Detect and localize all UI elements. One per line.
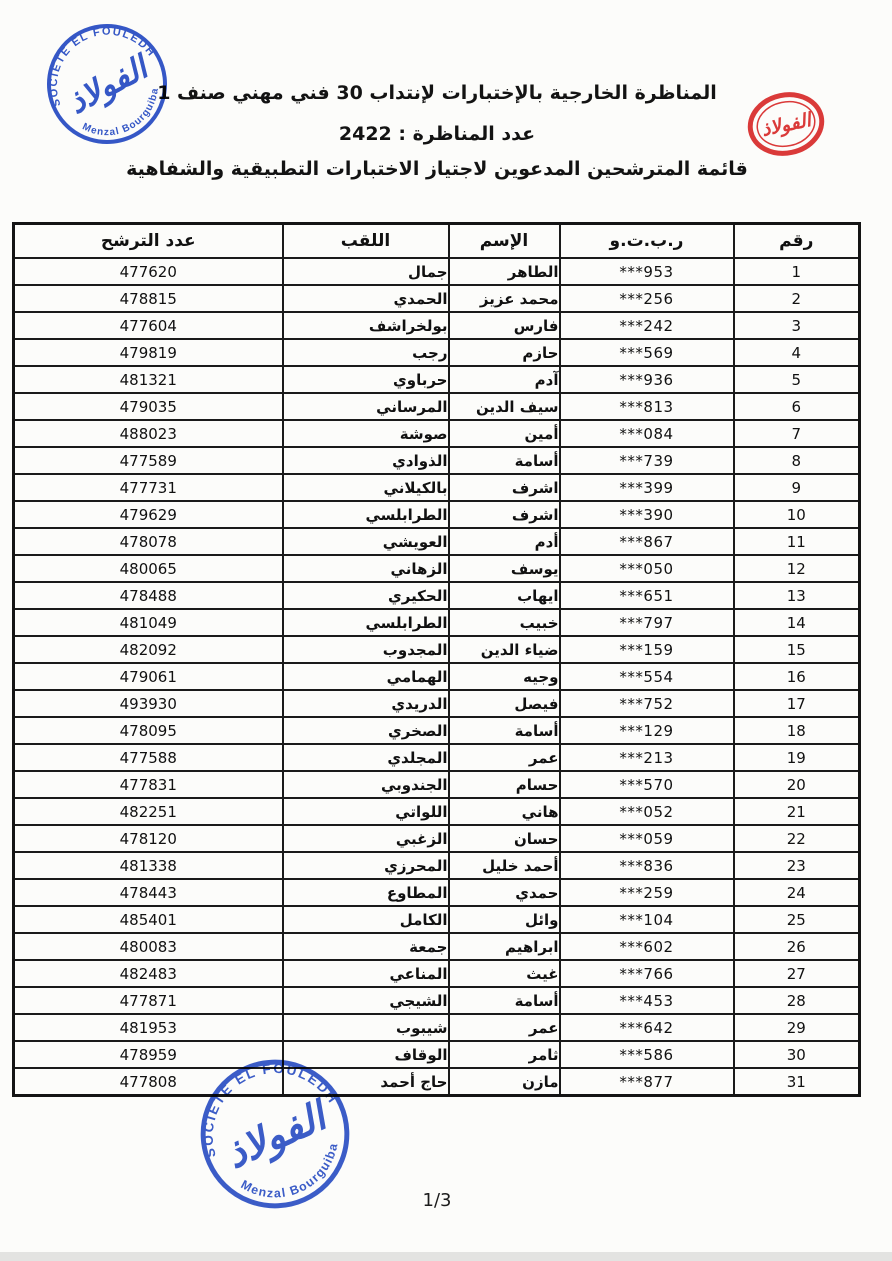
cell-last-name: الطرابلسي (283, 501, 449, 528)
cell-id-masked: ***129 (560, 717, 734, 744)
cell-rank: 11 (734, 528, 860, 555)
cell-candidacy-number: 485401 (14, 906, 283, 933)
table-row: 2***256محمد عزيزالحمدي478815 (14, 285, 860, 312)
cell-rank: 30 (734, 1041, 860, 1068)
table-row: 27***766غيثالمناعي482483 (14, 960, 860, 987)
cell-last-name: المحرزي (283, 852, 449, 879)
table-row: 25***104وائلالكامل485401 (14, 906, 860, 933)
cell-id-masked: ***554 (560, 663, 734, 690)
cell-candidacy-number: 477831 (14, 771, 283, 798)
cell-first-name: حسام (449, 771, 560, 798)
cell-rank: 7 (734, 420, 860, 447)
table-row: 19***213عمرالمجلدي477588 (14, 744, 860, 771)
cell-first-name: فيصل (449, 690, 560, 717)
cell-first-name: أدم (449, 528, 560, 555)
table-row: 3***242فارسبولخراشف477604 (14, 312, 860, 339)
cell-first-name: ابراهيم (449, 933, 560, 960)
table-row: 1***953الطاهرجمال477620 (14, 258, 860, 285)
table-row: 11***867أدمالعويشي478078 (14, 528, 860, 555)
cell-rank: 2 (734, 285, 860, 312)
cell-last-name: الحكيري (283, 582, 449, 609)
cell-candidacy-number: 477588 (14, 744, 283, 771)
cell-id-masked: ***766 (560, 960, 734, 987)
cell-rank: 13 (734, 582, 860, 609)
header-national-id: ر.ب.ت.و (560, 224, 734, 259)
cell-last-name: رجب (283, 339, 449, 366)
cell-rank: 15 (734, 636, 860, 663)
cell-candidacy-number: 482483 (14, 960, 283, 987)
cell-id-masked: ***602 (560, 933, 734, 960)
cell-id-masked: ***259 (560, 879, 734, 906)
cell-candidacy-number: 477871 (14, 987, 283, 1014)
cell-first-name: حسان (449, 825, 560, 852)
cell-first-name: وجيه (449, 663, 560, 690)
company-stamp-blue-top: SOCIETE EL FOULEDH Menzal Bourguiba الفو… (40, 17, 174, 151)
cell-rank: 19 (734, 744, 860, 771)
cell-first-name: مازن (449, 1068, 560, 1096)
cell-id-masked: ***242 (560, 312, 734, 339)
cell-candidacy-number: 478078 (14, 528, 283, 555)
cell-last-name: الزهاني (283, 555, 449, 582)
cell-first-name: آدم (449, 366, 560, 393)
cell-first-name: عمر (449, 1014, 560, 1041)
cell-last-name: جمال (283, 258, 449, 285)
cell-id-masked: ***877 (560, 1068, 734, 1096)
cell-rank: 3 (734, 312, 860, 339)
cell-id-masked: ***836 (560, 852, 734, 879)
cell-candidacy-number: 479035 (14, 393, 283, 420)
cell-rank: 29 (734, 1014, 860, 1041)
cell-rank: 5 (734, 366, 860, 393)
cell-id-masked: ***813 (560, 393, 734, 420)
cell-id-masked: ***213 (560, 744, 734, 771)
cell-rank: 20 (734, 771, 860, 798)
cell-candidacy-number: 480065 (14, 555, 283, 582)
cell-first-name: اشرف (449, 474, 560, 501)
cell-first-name: الطاهر (449, 258, 560, 285)
candidates-table-header: رقم ر.ب.ت.و الإسم اللقب عدد الترشح (14, 224, 860, 259)
cell-rank: 25 (734, 906, 860, 933)
cell-id-masked: ***797 (560, 609, 734, 636)
cell-last-name: الحمدي (283, 285, 449, 312)
cell-id-masked: ***953 (560, 258, 734, 285)
header-last-name: اللقب (283, 224, 449, 259)
cell-last-name: الدريدي (283, 690, 449, 717)
cell-candidacy-number: 477589 (14, 447, 283, 474)
cell-last-name: الطرابلسي (283, 609, 449, 636)
table-row: 24***259حمديالمطاوع478443 (14, 879, 860, 906)
cell-last-name: الكامل (283, 906, 449, 933)
table-row: 17***752فيصلالدريدي493930 (14, 690, 860, 717)
cell-rank: 9 (734, 474, 860, 501)
cell-first-name: محمد عزيز (449, 285, 560, 312)
cell-rank: 18 (734, 717, 860, 744)
cell-id-masked: ***739 (560, 447, 734, 474)
company-stamp-blue-bottom: SOCIETE EL FOULEDH Menzal Bourguiba الفو… (192, 1051, 358, 1217)
cell-last-name: الجندوبي (283, 771, 449, 798)
cell-candidacy-number: 477604 (14, 312, 283, 339)
cell-last-name: جمعة (283, 933, 449, 960)
cell-first-name: أسامة (449, 987, 560, 1014)
cell-candidacy-number: 478120 (14, 825, 283, 852)
cell-last-name: الشيجي (283, 987, 449, 1014)
table-row: 10***390اشرفالطرابلسي479629 (14, 501, 860, 528)
table-row: 22***059حسانالزغبي478120 (14, 825, 860, 852)
cell-rank: 8 (734, 447, 860, 474)
cell-id-masked: ***059 (560, 825, 734, 852)
cell-first-name: عمر (449, 744, 560, 771)
table-row: 9***399اشرفبالكيلاني477731 (14, 474, 860, 501)
cell-first-name: أمين (449, 420, 560, 447)
cell-first-name: ضياء الدين (449, 636, 560, 663)
cell-candidacy-number: 481338 (14, 852, 283, 879)
table-row: 20***570حسامالجندوبي477831 (14, 771, 860, 798)
cell-id-masked: ***752 (560, 690, 734, 717)
cell-first-name: يوسف (449, 555, 560, 582)
cell-candidacy-number: 478443 (14, 879, 283, 906)
table-row: 15***159ضياء الدينالمجدوب482092 (14, 636, 860, 663)
table-row: 12***050يوسفالزهاني480065 (14, 555, 860, 582)
cell-id-masked: ***570 (560, 771, 734, 798)
cell-first-name: غيث (449, 960, 560, 987)
cell-candidacy-number: 482092 (14, 636, 283, 663)
company-stamp-red: الفولاذ (739, 84, 833, 164)
table-row: 8***739أسامةالذوادي477589 (14, 447, 860, 474)
cell-last-name: الصخري (283, 717, 449, 744)
cell-first-name: خبيب (449, 609, 560, 636)
cell-id-masked: ***936 (560, 366, 734, 393)
cell-last-name: الذوادي (283, 447, 449, 474)
cell-last-name: العويشي (283, 528, 449, 555)
cell-last-name: صوشة (283, 420, 449, 447)
cell-last-name: المرساني (283, 393, 449, 420)
cell-last-name: اللواتي (283, 798, 449, 825)
cell-rank: 4 (734, 339, 860, 366)
cell-candidacy-number: 479819 (14, 339, 283, 366)
table-row: 30***586ثامرالوقاف478959 (14, 1041, 860, 1068)
cell-last-name: المناعي (283, 960, 449, 987)
stamp-arabic-calligraphy: الفولاذ (760, 108, 816, 140)
cell-first-name: ايهاب (449, 582, 560, 609)
cell-last-name: المطاوع (283, 879, 449, 906)
table-row: 31***877مازنحاج أحمد477808 (14, 1068, 860, 1096)
table-row: 5***936آدمحرباوي481321 (14, 366, 860, 393)
cell-last-name: حرباوي (283, 366, 449, 393)
cell-candidacy-number: 480083 (14, 933, 283, 960)
cell-id-masked: ***399 (560, 474, 734, 501)
table-row: 21***052هانياللواتي482251 (14, 798, 860, 825)
cell-rank: 28 (734, 987, 860, 1014)
cell-candidacy-number: 488023 (14, 420, 283, 447)
header-candidacy-number: عدد الترشح (14, 224, 283, 259)
cell-last-name: المجلدي (283, 744, 449, 771)
cell-candidacy-number: 477731 (14, 474, 283, 501)
cell-last-name: شيبوب (283, 1014, 449, 1041)
cell-first-name: وائل (449, 906, 560, 933)
cell-id-masked: ***050 (560, 555, 734, 582)
cell-candidacy-number: 477620 (14, 258, 283, 285)
cell-rank: 16 (734, 663, 860, 690)
table-row: 14***797خبيبالطرابلسي481049 (14, 609, 860, 636)
cell-last-name: المجدوب (283, 636, 449, 663)
candidates-table: رقم ر.ب.ت.و الإسم اللقب عدد الترشح 1***9… (12, 222, 861, 1097)
cell-last-name: بالكيلاني (283, 474, 449, 501)
cell-rank: 17 (734, 690, 860, 717)
cell-first-name: حمدي (449, 879, 560, 906)
table-row: 16***554وجيهالهمامي479061 (14, 663, 860, 690)
cell-id-masked: ***256 (560, 285, 734, 312)
cell-id-masked: ***867 (560, 528, 734, 555)
table-row: 4***569حازمرجب479819 (14, 339, 860, 366)
cell-rank: 23 (734, 852, 860, 879)
cell-id-masked: ***084 (560, 420, 734, 447)
cell-candidacy-number: 493930 (14, 690, 283, 717)
page-number: 1/3 (0, 1190, 874, 1211)
cell-rank: 26 (734, 933, 860, 960)
cell-rank: 1 (734, 258, 860, 285)
cell-first-name: أسامة (449, 447, 560, 474)
cell-rank: 21 (734, 798, 860, 825)
table-row: 7***084أمينصوشة488023 (14, 420, 860, 447)
cell-rank: 24 (734, 879, 860, 906)
table-row: 13***651ايهابالحكيري478488 (14, 582, 860, 609)
cell-candidacy-number: 478095 (14, 717, 283, 744)
cell-rank: 22 (734, 825, 860, 852)
cell-id-masked: ***642 (560, 1014, 734, 1041)
table-row: 28***453أسامةالشيجي477871 (14, 987, 860, 1014)
cell-first-name: ثامر (449, 1041, 560, 1068)
cell-first-name: حازم (449, 339, 560, 366)
header-rank: رقم (734, 224, 860, 259)
cell-id-masked: ***586 (560, 1041, 734, 1068)
cell-id-masked: ***453 (560, 987, 734, 1014)
cell-first-name: أحمد خليل (449, 852, 560, 879)
cell-candidacy-number: 482251 (14, 798, 283, 825)
cell-rank: 6 (734, 393, 860, 420)
cell-first-name: سيف الدين (449, 393, 560, 420)
cell-first-name: فارس (449, 312, 560, 339)
cell-candidacy-number: 478815 (14, 285, 283, 312)
cell-id-masked: ***651 (560, 582, 734, 609)
table-row: 23***836أحمد خليلالمحرزي481338 (14, 852, 860, 879)
table-row: 29***642عمرشيبوب481953 (14, 1014, 860, 1041)
cell-rank: 14 (734, 609, 860, 636)
cell-candidacy-number: 479061 (14, 663, 283, 690)
cell-candidacy-number: 481049 (14, 609, 283, 636)
cell-id-masked: ***569 (560, 339, 734, 366)
cell-last-name: الهمامي (283, 663, 449, 690)
table-row: 18***129أسامةالصخري478095 (14, 717, 860, 744)
cell-last-name: بولخراشف (283, 312, 449, 339)
cell-candidacy-number: 481321 (14, 366, 283, 393)
cell-rank: 10 (734, 501, 860, 528)
table-row: 26***602ابراهيمجمعة480083 (14, 933, 860, 960)
cell-id-masked: ***159 (560, 636, 734, 663)
cell-id-masked: ***390 (560, 501, 734, 528)
table-row: 6***813سيف الدينالمرساني479035 (14, 393, 860, 420)
cell-id-masked: ***052 (560, 798, 734, 825)
cell-first-name: اشرف (449, 501, 560, 528)
cell-first-name: أسامة (449, 717, 560, 744)
document-page: SOCIETE EL FOULEDH Menzal Bourguiba الفو… (0, 0, 892, 1261)
scan-edge (0, 1252, 892, 1261)
cell-id-masked: ***104 (560, 906, 734, 933)
cell-rank: 27 (734, 960, 860, 987)
cell-rank: 31 (734, 1068, 860, 1096)
cell-candidacy-number: 479629 (14, 501, 283, 528)
cell-candidacy-number: 478488 (14, 582, 283, 609)
header-first-name: الإسم (449, 224, 560, 259)
candidates-tbody: 1***953الطاهرجمال4776202***256محمد عزيزا… (14, 258, 860, 1096)
cell-rank: 12 (734, 555, 860, 582)
cell-first-name: هاني (449, 798, 560, 825)
cell-last-name: الزغبي (283, 825, 449, 852)
cell-candidacy-number: 481953 (14, 1014, 283, 1041)
